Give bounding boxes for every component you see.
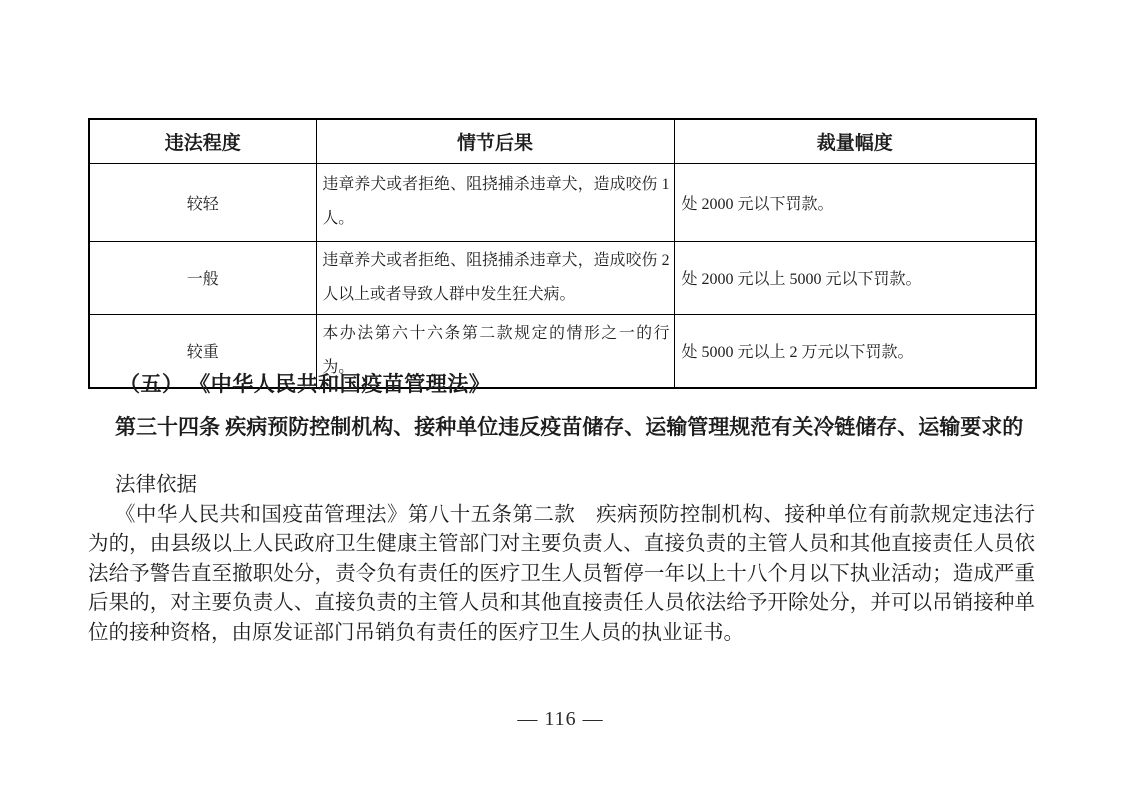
column-header-violation-degree: 违法程度 (89, 119, 316, 163)
article-34-heading: 第三十四条 疾病预防控制机构、接种单位违反疫苗储存、运输管理规范有关冷链储存、运… (88, 412, 1035, 442)
penalty-table: 违法程度 情节后果 裁量幅度 较轻 违章养犬或者拒绝、阻挠捕杀违章犬，造成咬伤 … (88, 118, 1037, 389)
table-row: 较轻 违章养犬或者拒绝、阻挠捕杀违章犬，造成咬伤 1 人。 处 2000 元以下… (89, 163, 1036, 241)
circumstance-cell: 违章养犬或者拒绝、阻挠捕杀违章犬，造成咬伤 1 人。 (316, 163, 674, 241)
column-header-circumstance: 情节后果 (316, 119, 674, 163)
penalty-cell: 处 2000 元以上 5000 元以下罚款。 (674, 241, 1036, 314)
table-row: 一般 违章养犬或者拒绝、阻挠捕杀违章犬，造成咬伤 2 人以上或者导致人群中发生狂… (89, 241, 1036, 314)
penalty-cell: 处 2000 元以下罚款。 (674, 163, 1036, 241)
section-heading-five: （五） 《中华人民共和国疫苗管理法》 (88, 368, 1035, 398)
column-header-penalty-range: 裁量幅度 (674, 119, 1036, 163)
degree-cell: 一般 (89, 241, 316, 314)
page-footer: — 116 — (0, 708, 1121, 731)
degree-cell: 较轻 (89, 163, 316, 241)
legal-basis-section: 法律依据 《中华人民共和国疫苗管理法》第八十五条第二款 疾病预防控制机构、接种单… (88, 471, 1035, 648)
legal-basis-text: 《中华人民共和国疫苗管理法》第八十五条第二款 疾病预防控制机构、接种单位有前款规… (88, 501, 1035, 649)
document-page: 违法程度 情节后果 裁量幅度 较轻 违章养犬或者拒绝、阻挠捕杀违章犬，造成咬伤 … (0, 0, 1121, 793)
circumstance-cell: 违章养犬或者拒绝、阻挠捕杀违章犬，造成咬伤 2 人以上或者导致人群中发生狂犬病。 (316, 241, 674, 314)
page-number: — 116 — (517, 708, 603, 730)
legal-basis-label: 法律依据 (88, 471, 1035, 501)
table-header-row: 违法程度 情节后果 裁量幅度 (89, 119, 1036, 163)
